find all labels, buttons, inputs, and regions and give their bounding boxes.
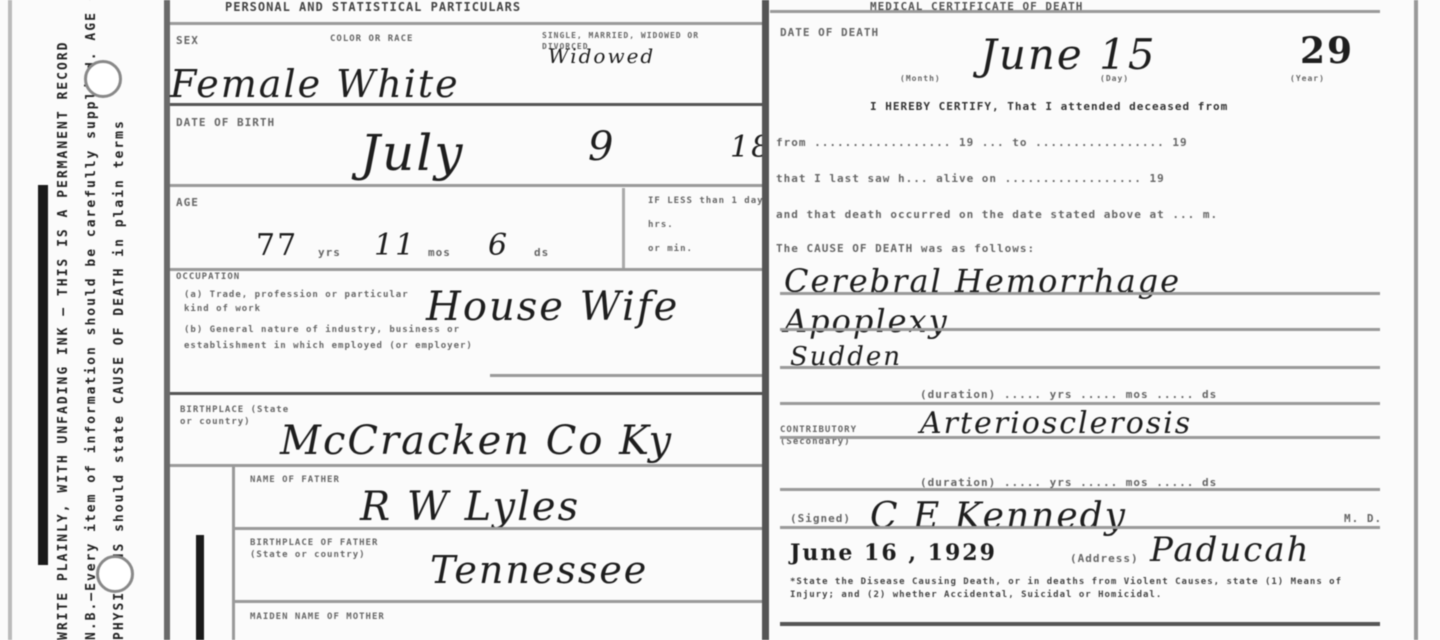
margin-bar — [38, 185, 48, 565]
date-sublabel-month: (Month) — [900, 74, 941, 83]
signed-label: (Signed) — [790, 512, 851, 525]
parents-inner-border — [232, 464, 235, 640]
age-side-label-2: hrs. — [648, 220, 674, 230]
cause-of-death-line-2: Apoplexy — [784, 302, 949, 340]
dob-month: July — [360, 124, 464, 182]
signed-value: C E Kennedy — [870, 496, 1127, 537]
attendance-line-3: and that death occurred on the date stat… — [776, 208, 1218, 221]
rule — [170, 22, 762, 25]
age-years-unit: yrs — [318, 246, 341, 259]
rule — [232, 600, 762, 603]
rule — [780, 366, 1380, 369]
dob-day: 9 — [588, 124, 615, 170]
age-divider — [622, 188, 625, 268]
medical-certificate-section: MEDICAL CERTIFICATE OF DEATH DATE OF DEA… — [770, 0, 1380, 640]
father-name-label: NAME OF FATHER — [250, 474, 340, 486]
age-side-label-1: IF LESS than 1 day, — [648, 196, 770, 206]
margin-instruction-1: WRITE PLAINLY, WITH UNFADING INK — THIS … — [56, 0, 71, 640]
rule — [170, 268, 762, 271]
margin-edge-line — [8, 0, 12, 640]
rule — [770, 10, 1380, 13]
parents-margin-bar — [196, 535, 204, 640]
rule — [780, 488, 1380, 491]
marital-value: Widowed — [548, 44, 655, 68]
age-days: 6 — [488, 228, 509, 263]
rule — [780, 436, 1380, 439]
occupation-label: OCCUPATION — [176, 272, 240, 282]
duration-label: (duration) ..... yrs ..... mos ..... ds — [920, 388, 1217, 401]
address-value: Paducah — [1150, 530, 1311, 570]
left-margin: WRITE PLAINLY, WITH UNFADING INK — THIS … — [0, 0, 170, 640]
section-header: PERSONAL AND STATISTICAL PARTICULARS — [225, 0, 521, 14]
margin-punch-hole-top — [84, 60, 122, 98]
dob-label: DATE OF BIRTH — [176, 116, 275, 129]
margin-instruction-3: PHYSICIANS should state CAUSE OF DEATH i… — [112, 0, 127, 640]
occupation-sublabel-a: (a) Trade, profession or particular kind… — [184, 288, 424, 316]
occupation-value: House Wife — [426, 284, 679, 330]
personal-particulars-section: PERSONAL AND STATISTICAL PARTICULARS SEX… — [170, 0, 762, 640]
birthplace-value: McCracken Co Ky — [280, 418, 673, 464]
certify-text: I HEREBY CERTIFY, That I attended deceas… — [870, 100, 1228, 113]
age-label: AGE — [176, 196, 199, 209]
margin-punch-hole-bottom — [96, 555, 134, 593]
race-label: COLOR OR RACE — [330, 34, 413, 44]
attendance-line-1: from .................. 19 ... to ......… — [776, 136, 1188, 149]
attendance-line-2: that I last saw h... alive on ..........… — [776, 172, 1165, 185]
rule — [170, 103, 762, 106]
rule — [490, 374, 762, 377]
center-divider — [762, 0, 769, 640]
father-birthplace-value: Tennessee — [430, 548, 648, 592]
rule — [170, 184, 762, 187]
sex-label: SEX — [176, 34, 199, 47]
date-of-death-year: 29 — [1300, 30, 1354, 72]
address-label: (Address) — [1070, 552, 1139, 565]
age-side-label-3: or min. — [648, 244, 693, 254]
age-years: 77 — [256, 228, 298, 263]
rule — [232, 527, 762, 530]
signed-suffix: M. D. — [1344, 512, 1382, 525]
date-sublabel-year: (Year) — [1290, 74, 1325, 83]
rule — [170, 392, 762, 395]
age-months-unit: mos — [428, 246, 451, 259]
mother-maiden-name-label: MAIDEN NAME OF MOTHER — [250, 612, 385, 622]
date-of-death-month-day: June 15 — [980, 30, 1157, 79]
date-of-death-label: DATE OF DEATH — [780, 26, 879, 39]
rule — [780, 402, 1380, 405]
age-days-unit: ds — [534, 246, 549, 259]
footnote: *State the Disease Causing Death, or in … — [790, 576, 1370, 602]
right-edge-border — [1414, 0, 1418, 640]
father-birthplace-label: BIRTHPLACE OF FATHER (State or country) — [250, 537, 390, 561]
sex-race-value: Female White — [170, 62, 460, 106]
rule — [780, 292, 1380, 295]
rule — [170, 464, 762, 467]
age-months: 11 — [374, 228, 416, 263]
cause-of-death-label: The CAUSE OF DEATH was as follows: — [776, 242, 1035, 255]
rule — [780, 622, 1380, 626]
rule — [780, 526, 1380, 529]
date-sublabel-day: (Day) — [1100, 74, 1129, 83]
signed-date: June 16 , 1929 — [790, 540, 997, 566]
father-name-value: R W Lyles — [360, 484, 580, 530]
rule — [780, 328, 1380, 331]
